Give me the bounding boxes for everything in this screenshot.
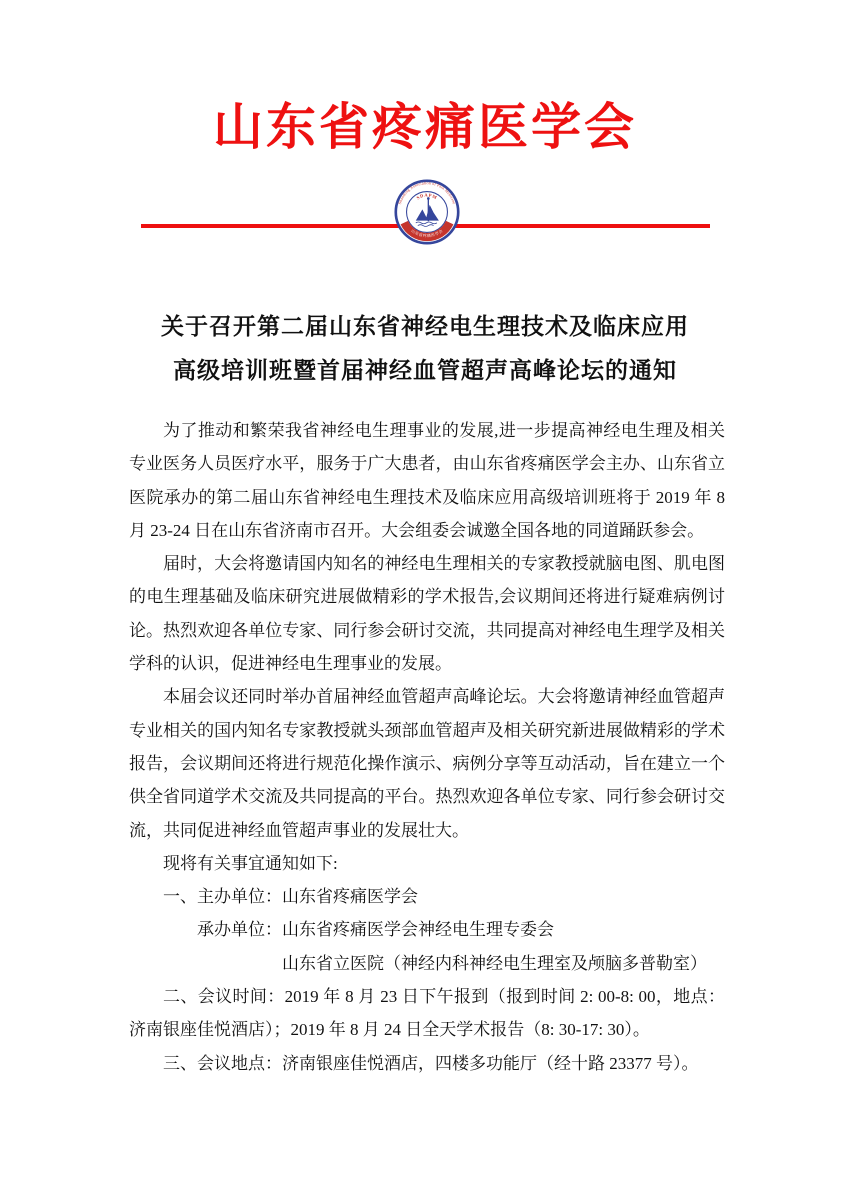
document-page: 山东省疼痛医学会 Shandong Association of Pain Me… [0, 0, 850, 1201]
association-seal-logo: Shandong Association of Pain Medicine SD… [394, 179, 460, 245]
item-meeting-location: 三、会议地点：济南银座佳悦酒店，四楼多功能厅（经十路 23377 号）。 [129, 1047, 725, 1080]
seal-icon: Shandong Association of Pain Medicine SD… [394, 179, 460, 245]
paragraph-program: 届时，大会将邀请国内知名的神经电生理相关的专家教授就脑电图、肌电图的电生理基础及… [129, 547, 725, 680]
paragraph-forum: 本届会议还同时举办首届神经血管超声高峰论坛。大会将邀请神经血管超声专业相关的国内… [129, 680, 725, 846]
notice-title-line1: 关于召开第二届山东省神经电生理技术及临床应用 [0, 305, 850, 349]
notice-title: 关于召开第二届山东省神经电生理技术及临床应用 高级培训班暨首届神经血管超声高峰论… [0, 305, 850, 393]
org-title: 山东省疼痛医学会 [0, 96, 850, 158]
item-meeting-time: 二、会议时间：2019 年 8 月 23 日下午报到（报到时间 2: 00-8:… [129, 980, 725, 1047]
notice-intro: 现将有关事宜通知如下: [129, 847, 725, 880]
paragraph-purpose: 为了推动和繁荣我省神经电生理事业的发展,进一步提高神经电生理及相关专业医务人员医… [129, 414, 725, 547]
notice-body: 为了推动和繁荣我省神经电生理事业的发展,进一步提高神经电生理及相关专业医务人员医… [129, 414, 725, 1080]
item-organizer-unit: 承办单位：山东省疼痛医学会神经电生理专委会 [129, 913, 725, 946]
item-organizer-unit-2: 山东省立医院（神经内科神经电生理室及颅脑多普勒室） [129, 947, 725, 980]
item-host-unit: 一、主办单位：山东省疼痛医学会 [129, 880, 725, 913]
notice-title-line2: 高级培训班暨首届神经血管超声高峰论坛的通知 [0, 349, 850, 393]
